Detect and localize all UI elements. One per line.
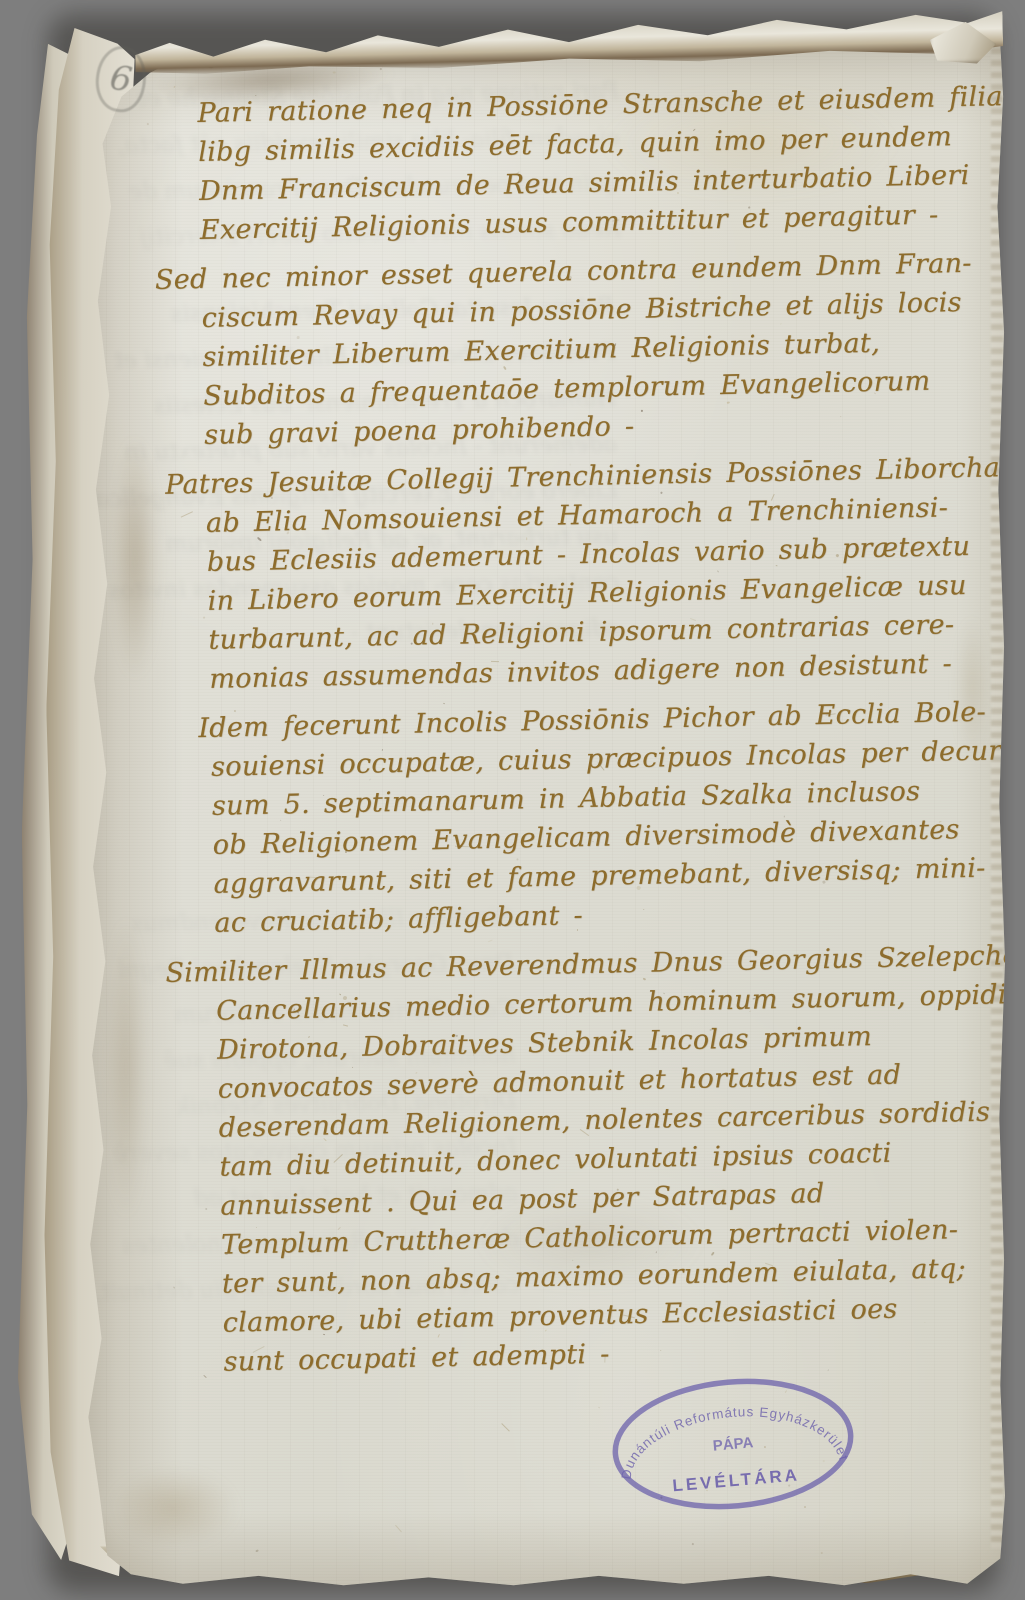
paper-stain — [106, 918, 146, 1218]
paragraph: Patres Jesuitæ Collegij Trenchiniensis P… — [205, 449, 980, 699]
paper-stain — [108, 1468, 238, 1548]
archive-stamp-icon: Dunántúli Református Egyházkerület PÁPA … — [603, 1365, 864, 1522]
paragraph: Idem fecerunt Incolis Possiōnis Pichor a… — [210, 693, 985, 943]
archive-stamp: Dunántúli Református Egyházkerület PÁPA … — [603, 1365, 864, 1522]
manuscript-page: Pari ratione neq in Possiōne Stransche e… — [60, 18, 1005, 1590]
scanned-manuscript-page: Pari ratione neq in Possiōne Stransche e… — [0, 0, 1025, 1600]
paragraph: Similiter Illmus ac Reverendmus Dnus Geo… — [215, 937, 994, 1382]
paper-stain — [112, 438, 158, 678]
paragraph: Pari ratione neq in Possiōne Stransche e… — [197, 78, 970, 250]
manuscript-text: Pari ratione neq in Possiōne Stransche e… — [197, 78, 994, 1392]
stamp-center-text: PÁPA — [712, 1434, 754, 1454]
paragraph: Sed nec minor esset querela contra eunde… — [200, 244, 974, 455]
folio-number-text: 6 — [107, 58, 135, 101]
stamp-bottom-text: LEVÉLTÁRA — [672, 1465, 801, 1495]
